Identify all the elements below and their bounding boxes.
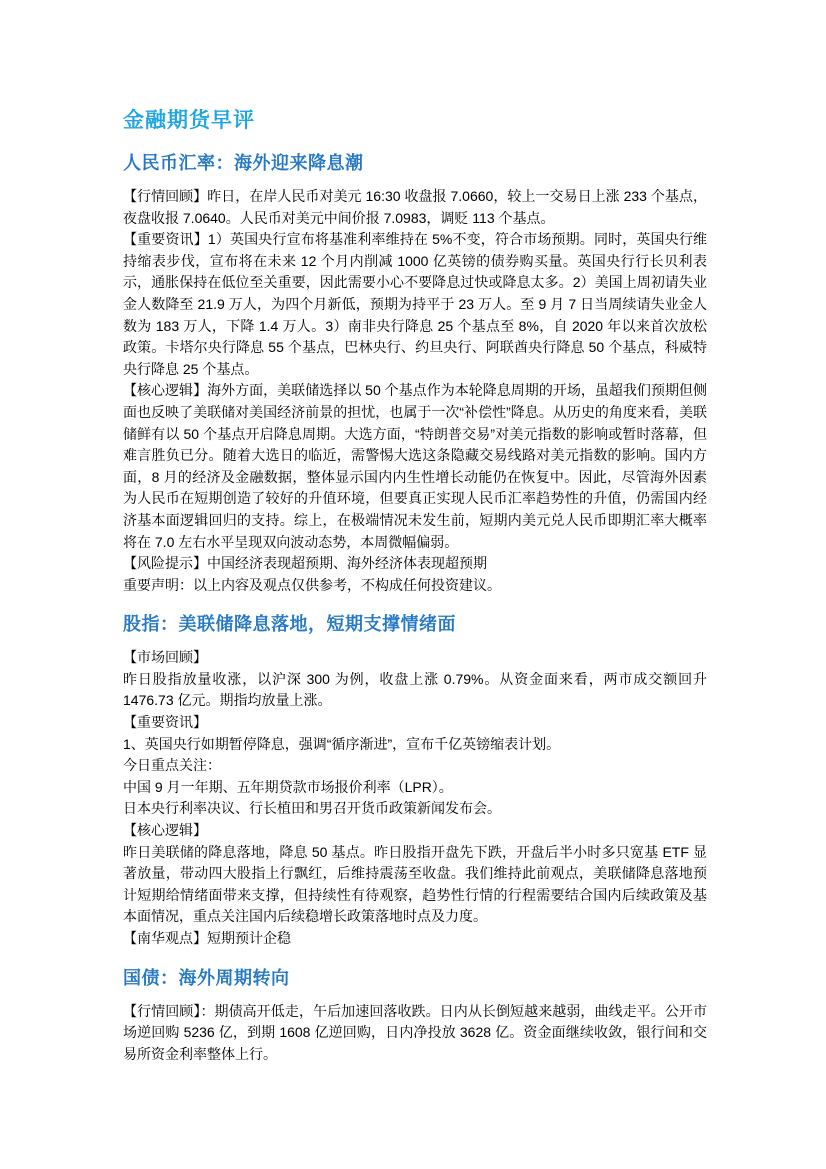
document-title: 金融期货早评 [123,108,707,134]
paragraph-core-logic-label: 【核心逻辑】 [123,820,707,842]
paragraph-nanhua-viewpoint: 【南华观点】短期预计企稳 [123,928,707,950]
paragraph-market-review-body: 昨日股指放量收涨，以沪深 300 为例，收盘上涨 0.79%。从资金面来看，两市… [123,669,707,712]
paragraph-key-news-item-1: 1、英国央行如期暂停降息，强调“循序渐进”，宣布千亿英镑缩表计划。 [123,734,707,756]
paragraph-core-logic: 【核心逻辑】海外方面，美联储选择以 50 个基点作为本轮降息周期的开场，虽超我们… [123,380,707,553]
section-treasury-bonds: 国债：海外周期转向 【行情回顾】：期债高开低走，午后加速回落收跌。日内从长倒短越… [123,967,707,1066]
paragraph-risk-notice: 【风险提示】中国经济表现超预期、海外经济体表现超预期 [123,553,707,575]
paragraph-market-review: 【行情回顾】昨日，在岸人民币对美元 16:30 收盘报 7.0660，较上一交易… [123,186,707,229]
section-heading-stock-index: 股指：美联储降息落地，短期支撑情绪面 [123,613,707,636]
document-page: 金融期货早评 人民币汇率：海外迎来降息潮 【行情回顾】昨日，在岸人民币对美元 1… [0,0,826,1169]
paragraph-today-focus-lpr: 中国 9 月一年期、五年期贷款市场报价利率（LPR）。 [123,777,707,799]
paragraph-key-news-label: 【重要资讯】 [123,712,707,734]
paragraph-today-focus-label: 今日重点关注： [123,755,707,777]
section-heading-rmb-exchange-rate: 人民币汇率：海外迎来降息潮 [123,152,707,175]
paragraph-today-focus-boj: 日本央行利率决议、行长植田和男召开货币政策新闻发布会。 [123,798,707,820]
paragraph-core-logic-body: 昨日美联储的降息落地，降息 50 基点。昨日股指开盘先下跌，开盘后半小时多只宽基… [123,842,707,928]
paragraph-market-review: 【行情回顾】：期债高开低走，午后加速回落收跌。日内从长倒短越来越弱，曲线走平。公… [123,1001,707,1066]
paragraph-key-news: 【重要资讯】1）英国央行宣布将基准利率维持在 5%不变，符合市场预期。同时，英国… [123,229,707,380]
section-rmb-exchange-rate: 人民币汇率：海外迎来降息潮 【行情回顾】昨日，在岸人民币对美元 16:30 收盘… [123,152,707,596]
section-stock-index: 股指：美联储降息落地，短期支撑情绪面 【市场回顾】 昨日股指放量收涨，以沪深 3… [123,613,707,949]
paragraph-market-review-label: 【市场回顾】 [123,647,707,669]
paragraph-disclaimer: 重要声明：以上内容及观点仅供参考，不构成任何投资建议。 [123,575,707,597]
section-heading-treasury-bonds: 国债：海外周期转向 [123,967,707,990]
